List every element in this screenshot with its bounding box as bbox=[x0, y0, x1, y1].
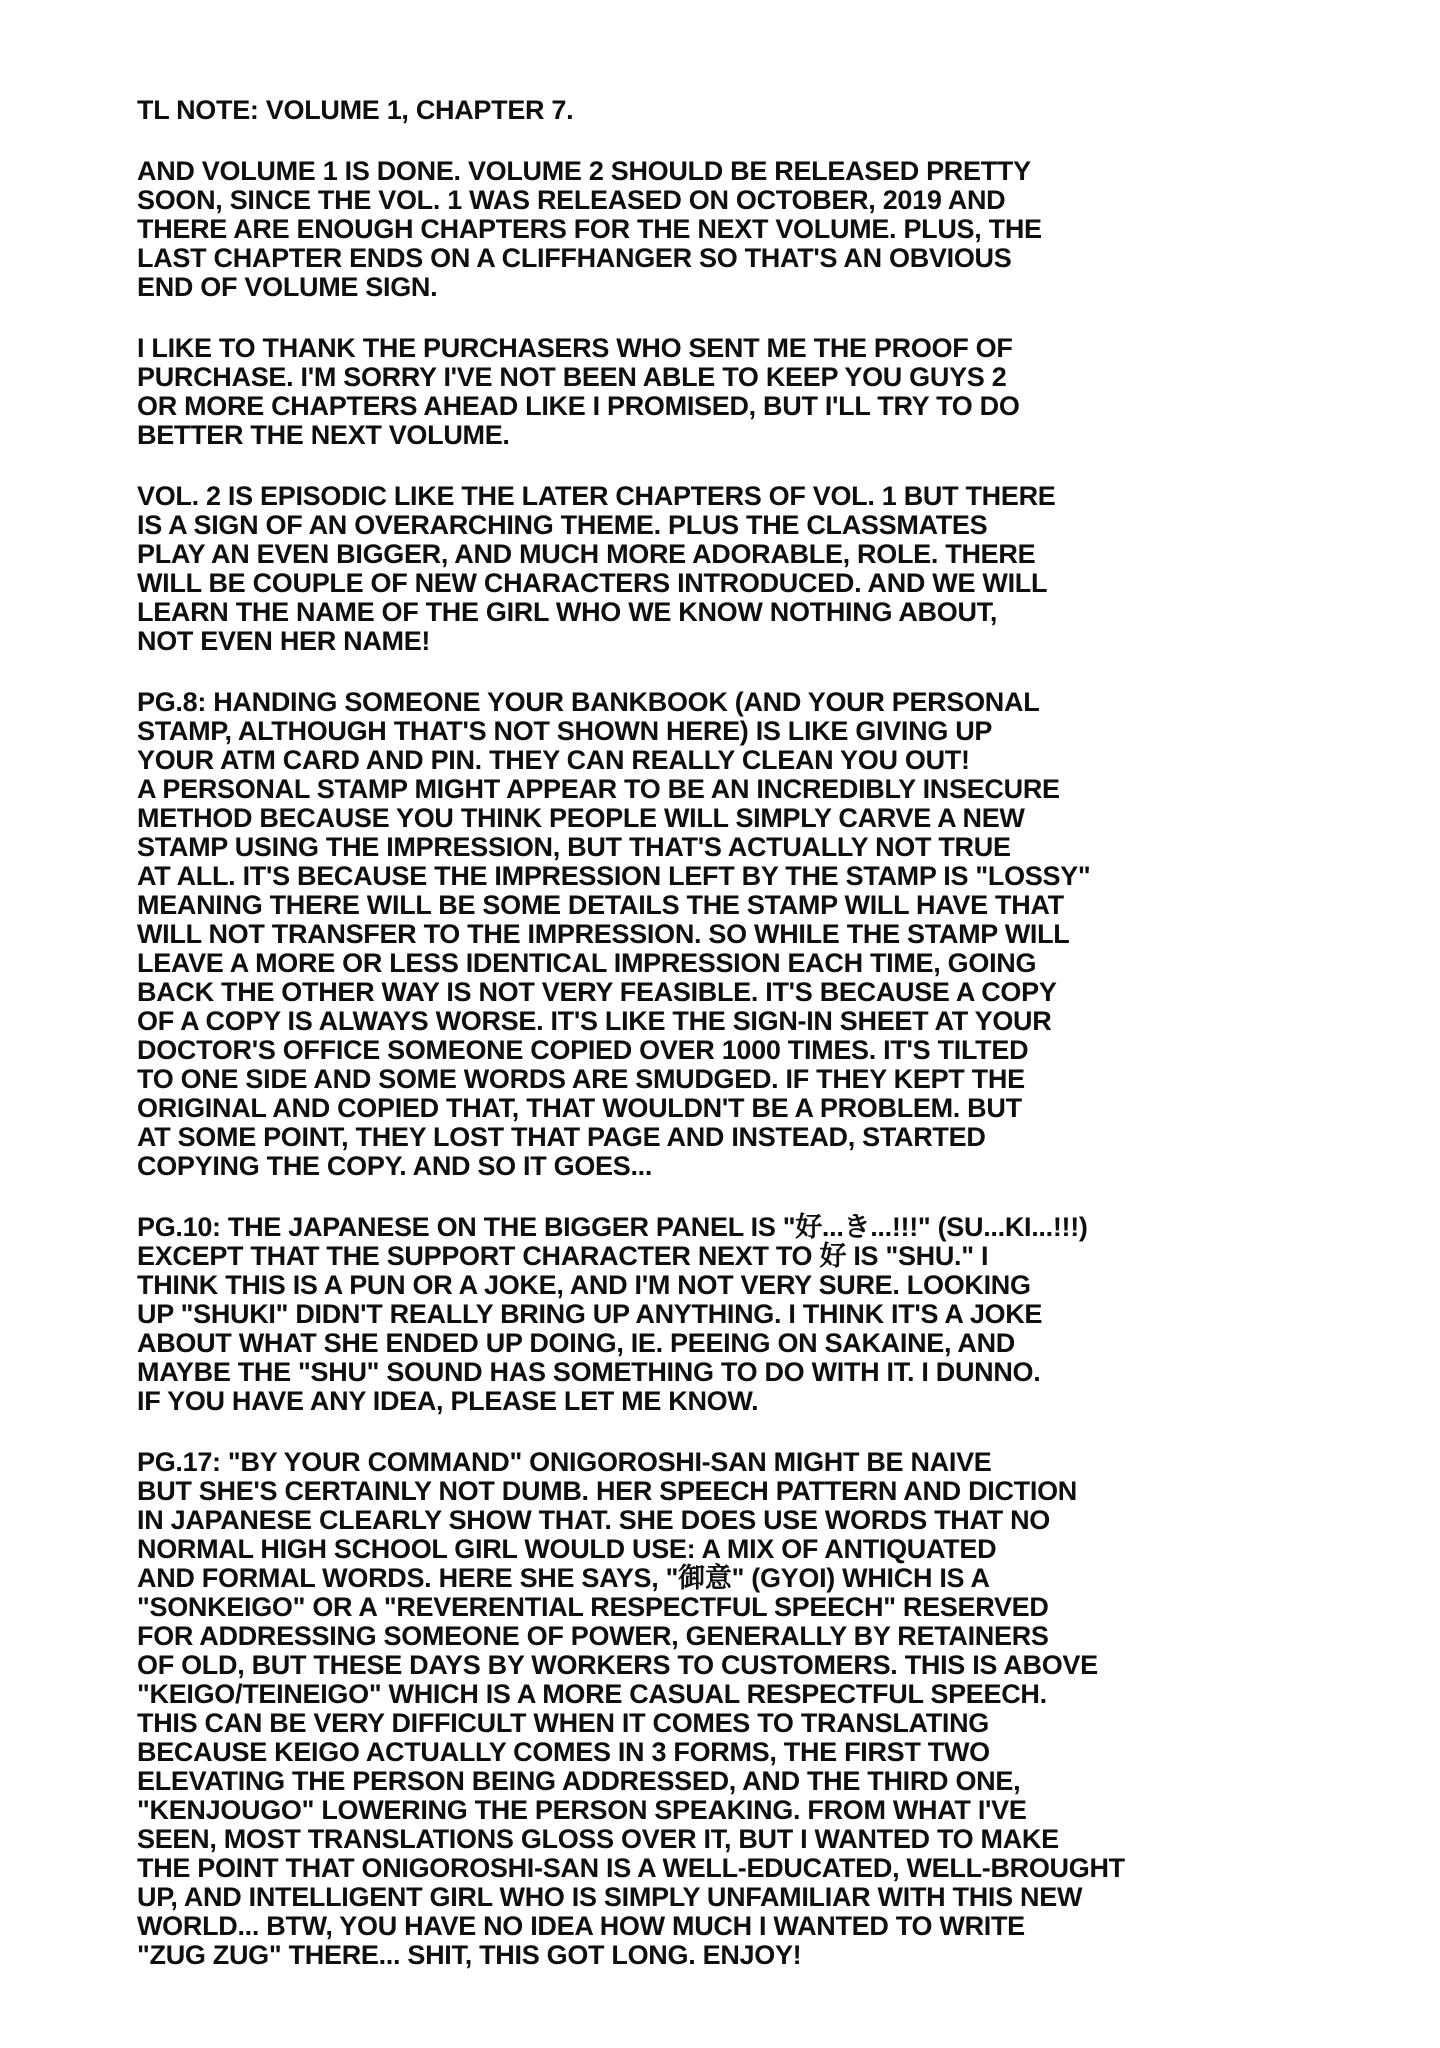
paragraph: AND VOLUME 1 IS DONE. VOLUME 2 SHOULD BE… bbox=[137, 157, 1357, 302]
text-line: BETTER THE NEXT VOLUME. bbox=[137, 421, 1357, 450]
text-line: WILL BE COUPLE OF NEW CHARACTERS INTRODU… bbox=[137, 569, 1357, 598]
text-line: PURCHASE. I'M SORRY I'VE NOT BEEN ABLE T… bbox=[137, 363, 1357, 392]
paragraphs: AND VOLUME 1 IS DONE. VOLUME 2 SHOULD BE… bbox=[137, 157, 1357, 1970]
text-line: AND FORMAL WORDS. HERE SHE SAYS, "御意" (G… bbox=[137, 1564, 1357, 1593]
text-line: PG.8: HANDING SOMEONE YOUR BANKBOOK (AND… bbox=[137, 688, 1357, 717]
text-line: IF YOU HAVE ANY IDEA, PLEASE LET ME KNOW… bbox=[137, 1387, 1357, 1416]
text-line: I LIKE TO THANK THE PURCHASERS WHO SENT … bbox=[137, 334, 1357, 363]
text-line: THIS CAN BE VERY DIFFICULT WHEN IT COMES… bbox=[137, 1709, 1357, 1738]
text-line: YOUR ATM CARD AND PIN. THEY CAN REALLY C… bbox=[137, 746, 1357, 775]
text-line: THERE ARE ENOUGH CHAPTERS FOR THE NEXT V… bbox=[137, 215, 1357, 244]
text-line: ELEVATING THE PERSON BEING ADDRESSED, AN… bbox=[137, 1767, 1357, 1796]
text-line: WILL NOT TRANSFER TO THE IMPRESSION. SO … bbox=[137, 920, 1357, 949]
text-line: BECAUSE KEIGO ACTUALLY COMES IN 3 FORMS,… bbox=[137, 1738, 1357, 1767]
text-line: THINK THIS IS A PUN OR A JOKE, AND I'M N… bbox=[137, 1271, 1357, 1300]
text-line: EXCEPT THAT THE SUPPORT CHARACTER NEXT T… bbox=[137, 1242, 1357, 1271]
text-line: SOON, SINCE THE VOL. 1 WAS RELEASED ON O… bbox=[137, 186, 1357, 215]
text-line: PG.10: THE JAPANESE ON THE BIGGER PANEL … bbox=[137, 1213, 1357, 1242]
paragraph: VOL. 2 IS EPISODIC LIKE THE LATER CHAPTE… bbox=[137, 482, 1357, 656]
text-line: LEAVE A MORE OR LESS IDENTICAL IMPRESSIO… bbox=[137, 949, 1357, 978]
text-line: BUT SHE'S CERTAINLY NOT DUMB. HER SPEECH… bbox=[137, 1477, 1357, 1506]
note-content: TL NOTE: VOLUME 1, CHAPTER 7. AND VOLUME… bbox=[137, 96, 1357, 1970]
text-line: TO ONE SIDE AND SOME WORDS ARE SMUDGED. … bbox=[137, 1065, 1357, 1094]
tl-note-page: TL NOTE: VOLUME 1, CHAPTER 7. AND VOLUME… bbox=[0, 0, 1440, 2048]
text-line: MAYBE THE "SHU" SOUND HAS SOMETHING TO D… bbox=[137, 1358, 1357, 1387]
text-line: OF OLD, BUT THESE DAYS BY WORKERS TO CUS… bbox=[137, 1651, 1357, 1680]
text-line: OR MORE CHAPTERS AHEAD LIKE I PROMISED, … bbox=[137, 392, 1357, 421]
text-line: END OF VOLUME SIGN. bbox=[137, 273, 1357, 302]
text-line: AND VOLUME 1 IS DONE. VOLUME 2 SHOULD BE… bbox=[137, 157, 1357, 186]
text-line: MEANING THERE WILL BE SOME DETAILS THE S… bbox=[137, 891, 1357, 920]
text-line: AT ALL. IT'S BECAUSE THE IMPRESSION LEFT… bbox=[137, 862, 1357, 891]
text-line: "KENJOUGO" LOWERING THE PERSON SPEAKING.… bbox=[137, 1796, 1357, 1825]
text-line: OF A COPY IS ALWAYS WORSE. IT'S LIKE THE… bbox=[137, 1007, 1357, 1036]
text-line: "SONKEIGO" OR A "REVERENTIAL RESPECTFUL … bbox=[137, 1593, 1357, 1622]
text-line: FOR ADDRESSING SOMEONE OF POWER, GENERAL… bbox=[137, 1622, 1357, 1651]
text-line: DOCTOR'S OFFICE SOMEONE COPIED OVER 1000… bbox=[137, 1036, 1357, 1065]
text-line: STAMP, ALTHOUGH THAT'S NOT SHOWN HERE) I… bbox=[137, 717, 1357, 746]
text-line: "KEIGO/TEINEIGO" WHICH IS A MORE CASUAL … bbox=[137, 1680, 1357, 1709]
text-line: SEEN, MOST TRANSLATIONS GLOSS OVER IT, B… bbox=[137, 1825, 1357, 1854]
text-line: ABOUT WHAT SHE ENDED UP DOING, IE. PEEIN… bbox=[137, 1329, 1357, 1358]
text-line: UP "SHUKI" DIDN'T REALLY BRING UP ANYTHI… bbox=[137, 1300, 1357, 1329]
text-line: ORIGINAL AND COPIED THAT, THAT WOULDN'T … bbox=[137, 1094, 1357, 1123]
text-line: COPYING THE COPY. AND SO IT GOES... bbox=[137, 1152, 1357, 1181]
text-line: LEARN THE NAME OF THE GIRL WHO WE KNOW N… bbox=[137, 598, 1357, 627]
text-line: LAST CHAPTER ENDS ON A CLIFFHANGER SO TH… bbox=[137, 244, 1357, 273]
text-line: "ZUG ZUG" THERE... SHIT, THIS GOT LONG. … bbox=[137, 1941, 1357, 1970]
text-line: UP, AND INTELLIGENT GIRL WHO IS SIMPLY U… bbox=[137, 1883, 1357, 1912]
paragraph: PG.17: "BY YOUR COMMAND" ONIGOROSHI-SAN … bbox=[137, 1448, 1357, 1970]
paragraph: PG.8: HANDING SOMEONE YOUR BANKBOOK (AND… bbox=[137, 688, 1357, 1181]
text-line: PG.17: "BY YOUR COMMAND" ONIGOROSHI-SAN … bbox=[137, 1448, 1357, 1477]
text-line: METHOD BECAUSE YOU THINK PEOPLE WILL SIM… bbox=[137, 804, 1357, 833]
text-line: IS A SIGN OF AN OVERARCHING THEME. PLUS … bbox=[137, 511, 1357, 540]
text-line: NOT EVEN HER NAME! bbox=[137, 627, 1357, 656]
text-line: PLAY AN EVEN BIGGER, AND MUCH MORE ADORA… bbox=[137, 540, 1357, 569]
paragraph: PG.10: THE JAPANESE ON THE BIGGER PANEL … bbox=[137, 1213, 1357, 1416]
text-line: BACK THE OTHER WAY IS NOT VERY FEASIBLE.… bbox=[137, 978, 1357, 1007]
text-line: NORMAL HIGH SCHOOL GIRL WOULD USE: A MIX… bbox=[137, 1535, 1357, 1564]
text-line: STAMP USING THE IMPRESSION, BUT THAT'S A… bbox=[137, 833, 1357, 862]
note-title: TL NOTE: VOLUME 1, CHAPTER 7. bbox=[137, 96, 1357, 125]
text-line: WORLD... BTW, YOU HAVE NO IDEA HOW MUCH … bbox=[137, 1912, 1357, 1941]
text-line: THE POINT THAT ONIGOROSHI-SAN IS A WELL-… bbox=[137, 1854, 1357, 1883]
paragraph: I LIKE TO THANK THE PURCHASERS WHO SENT … bbox=[137, 334, 1357, 450]
text-line: VOL. 2 IS EPISODIC LIKE THE LATER CHAPTE… bbox=[137, 482, 1357, 511]
text-line: AT SOME POINT, THEY LOST THAT PAGE AND I… bbox=[137, 1123, 1357, 1152]
text-line: IN JAPANESE CLEARLY SHOW THAT. SHE DOES … bbox=[137, 1506, 1357, 1535]
text-line: A PERSONAL STAMP MIGHT APPEAR TO BE AN I… bbox=[137, 775, 1357, 804]
